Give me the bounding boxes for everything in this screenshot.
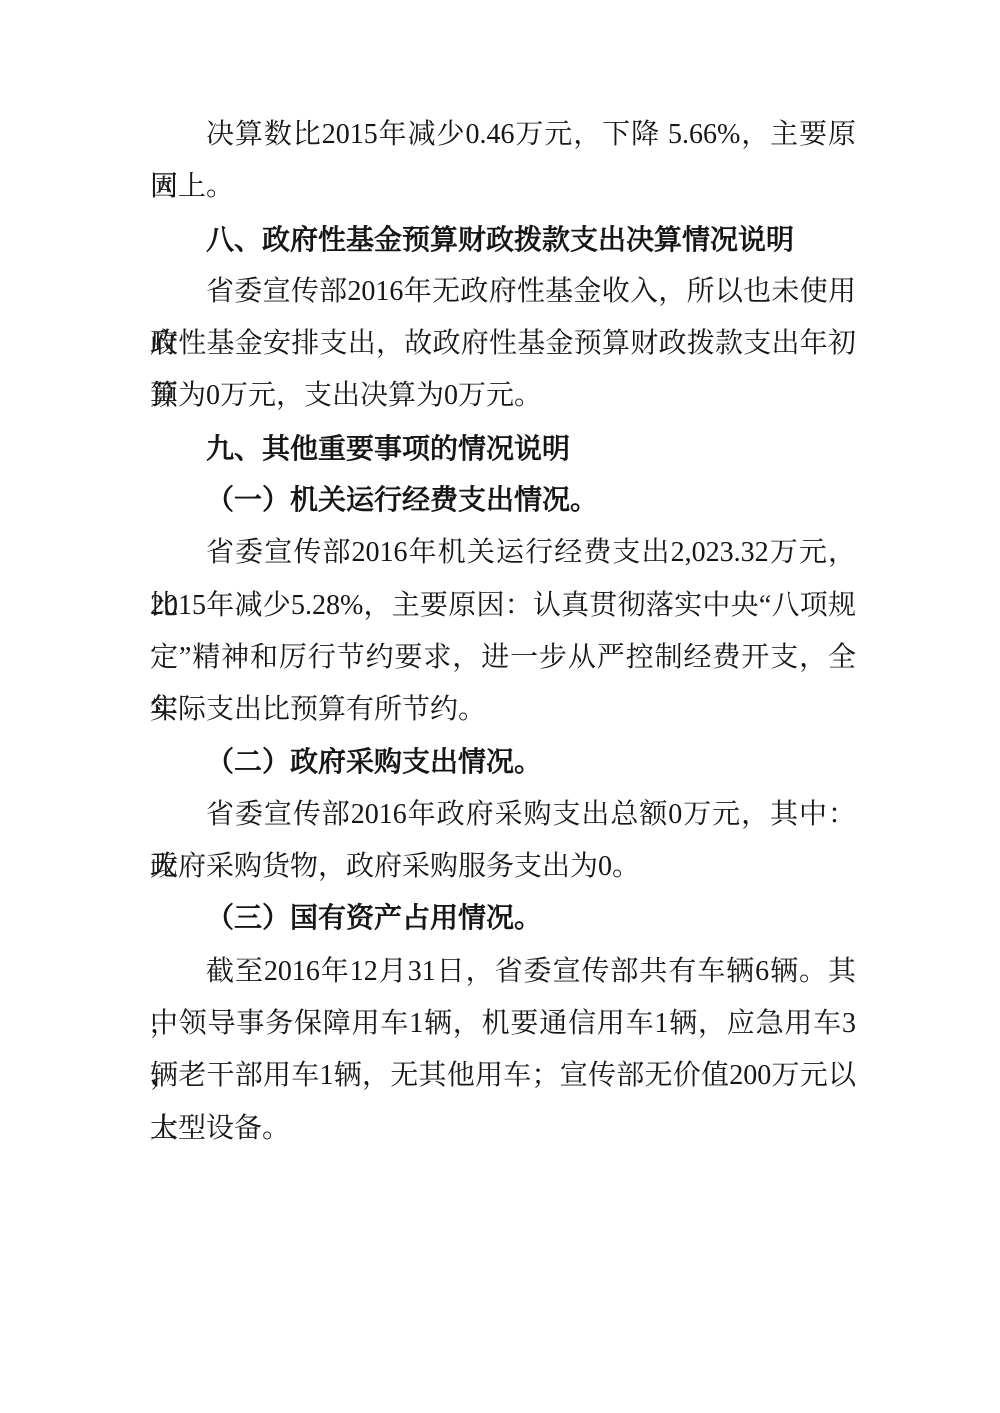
paragraph-line: 算为0万元，支出决算为0万元。 <box>150 370 856 422</box>
paragraph-line: 府性基金安排支出，故政府性基金预算财政拨款支出年初预 <box>150 318 856 370</box>
paragraph-line: 定”精神和厉行节约要求，进一步从严控制经费开支，全年 <box>150 632 856 684</box>
paragraph-line: 同上。 <box>150 161 856 213</box>
paragraph-line: 决算数比2015年减少0.46万元，下降 5.66%，主要原因 <box>150 109 856 161</box>
document-text-block: 决算数比2015年减少0.46万元，下降 5.66%，主要原因 同上。 八、政府… <box>150 109 856 1155</box>
document-page: 决算数比2015年减少0.46万元，下降 5.66%，主要原因 同上。 八、政府… <box>0 0 1000 1413</box>
subsection-heading-1: （一）机关运行经费支出情况。 <box>150 475 856 527</box>
paragraph-line: ，老干部用车1辆，无其他用车；宣传部无价值200万元以上 <box>150 1050 856 1102</box>
paragraph-line: ，领导事务保障用车1辆，机要通信用车1辆，应急用车3辆 <box>150 998 856 1050</box>
paragraph-line: 省委宣传部2016年政府采购支出总额0万元，其中：无 <box>150 789 856 841</box>
paragraph-line: 省委宣传部2016年无政府性基金收入，所以也未使用政 <box>150 266 856 318</box>
paragraph-line: 截至2016年12月31日，省委宣传部共有车辆6辆。其中 <box>150 946 856 998</box>
paragraph-line: 2015年减少5.28%，主要原因：认真贯彻落实中央“八项规 <box>150 580 856 632</box>
subsection-heading-2: （二）政府采购支出情况。 <box>150 737 856 789</box>
paragraph-line: 大型设备。 <box>150 1103 856 1155</box>
paragraph-line: 实际支出比预算有所节约。 <box>150 684 856 736</box>
section-heading-9: 九、其他重要事项的情况说明 <box>150 423 856 475</box>
subsection-heading-3: （三）国有资产占用情况。 <box>150 893 856 945</box>
paragraph-line: 政府采购货物，政府采购服务支出为0。 <box>150 841 856 893</box>
section-heading-8: 八、政府性基金预算财政拨款支出决算情况说明 <box>150 214 856 266</box>
paragraph-line: 省委宣传部2016年机关运行经费支出2,023.32万元，比 <box>150 527 856 579</box>
